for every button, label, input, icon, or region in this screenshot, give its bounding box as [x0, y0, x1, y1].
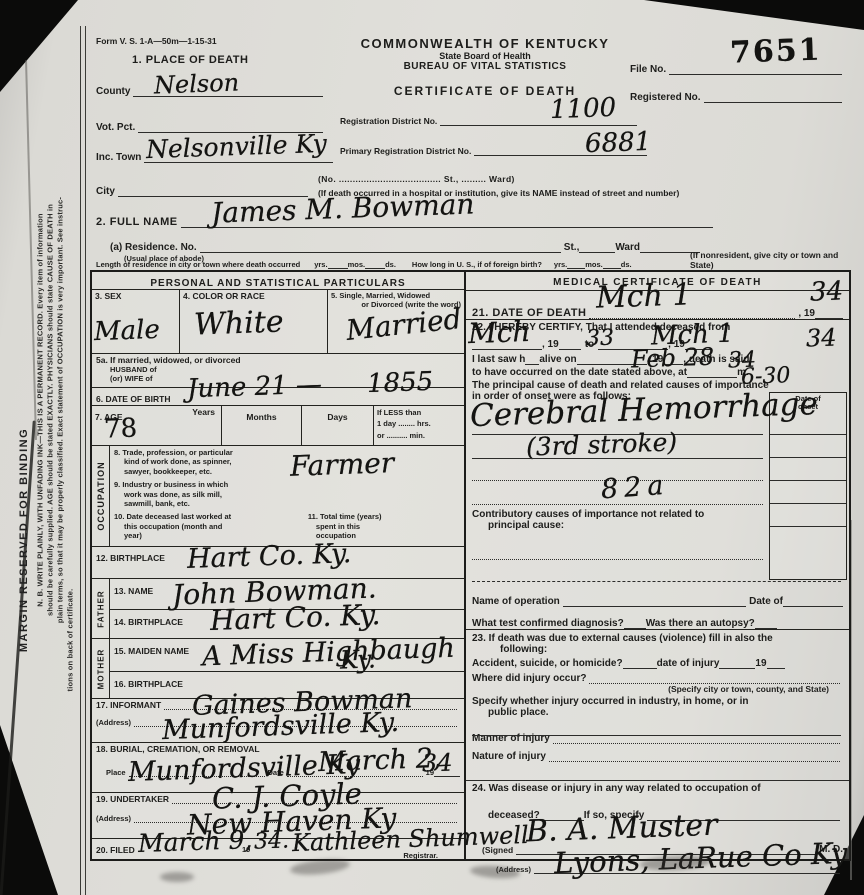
mother-vertical-label: MOTHER [96, 648, 105, 689]
mother-birthplace-label: 16. BIRTHPLACE [114, 679, 183, 689]
autopsy-label: Was there an autopsy? [646, 618, 755, 629]
mother-side-cell: MOTHER [92, 639, 110, 698]
father-name-label: 13. NAME [114, 586, 153, 596]
voting-precinct-label: Vot. Pct. [96, 122, 135, 133]
contributory-label1: Contributory causes of importance not re… [472, 509, 843, 520]
injury-date-label: date of injury [657, 658, 720, 669]
blank-line [472, 504, 763, 505]
street-label: St., [564, 242, 580, 253]
where-note: (Specify city or town, county, and State… [472, 684, 843, 694]
industry-label: 9. Industry or business in which work wa… [114, 480, 315, 508]
scan-smudge [160, 872, 194, 882]
accident-label: Accident, suicide, or homicide? [472, 658, 623, 669]
file-no-row: File No. [630, 64, 845, 75]
color-label: 4. COLOR OR RACE [183, 291, 324, 301]
external-causes-block: 23. If death was due to external causes … [466, 630, 849, 723]
blank-line [200, 248, 561, 253]
ds-label: ds. [385, 260, 396, 269]
sex-cell: 3. SEX Male [92, 290, 180, 353]
undertaker-label: 19. UNDERTAKER [96, 794, 169, 804]
last-saw-label1: I last saw h [472, 354, 525, 365]
primary-district-row: Primary Registration District No. 6881 [340, 146, 650, 156]
foreign-birth-label: How long in U. S., if of foreign birth? [412, 260, 542, 269]
date-of-death-value: Mch 1 [595, 277, 692, 315]
blank-line [472, 458, 763, 459]
file-no-label: File No. [630, 64, 666, 75]
mother-birthplace-value: Ky. [340, 644, 377, 674]
last-saw-label2: alive on [539, 354, 576, 365]
mother-name-label: 15. MAIDEN NAME [114, 646, 189, 656]
margin-note-line2: should be carefully supplied. AGE should… [46, 204, 55, 616]
industry-label-line1: 9. Industry or business in which [114, 480, 315, 489]
age-cell: 7. AGE Years 78 [92, 406, 222, 445]
test-autopsy-row: What test confirmed diagnosis? Was there… [466, 607, 849, 630]
age-less-line3: or .......... min. [377, 430, 461, 441]
injury-detail-block: Manner of injury Nature of injury [466, 733, 849, 780]
mother-name-row: 15. MAIDEN NAME A Miss Highbaugh [110, 639, 464, 672]
certify-block: 22. I HEREBY CERTIFY, That I attended de… [466, 320, 849, 396]
specify-label1: Specify whether injury occurred in indus… [472, 696, 843, 707]
mother-name-value: A Miss Highbaugh [202, 633, 456, 673]
date-of-birth-row: 6. DATE OF BIRTH June 21 — 1855 [92, 388, 464, 406]
mos-label: mos. [585, 260, 603, 269]
bureau-subtitle: BUREAU OF VITAL STATISTICS [325, 61, 645, 72]
color-cell: 4. COLOR OR RACE White [180, 290, 328, 353]
blank-line [328, 264, 348, 269]
binding-rule [80, 26, 86, 895]
operation-row: Name of operation Date of [466, 587, 849, 607]
particulars-section: PERSONAL AND STATISTICAL PARTICULARS 3. … [90, 270, 851, 861]
full-name-row: 2. FULL NAME James M. Bowman [96, 216, 716, 228]
margin-note-line1: N. B. WRITE PLAINLY, WITH UNFADING INK—T… [36, 213, 45, 606]
blank-line [559, 345, 581, 350]
inc-town-row: Inc. Town Nelsonville Ky [96, 152, 336, 163]
residence-row: (a) Residence. No. St., Ward [110, 242, 700, 253]
father-band: FATHER 13. NAME John Bowman. 14. BIRTHPL… [92, 579, 464, 639]
blank-line [603, 264, 621, 269]
age-row: 7. AGE Years 78 Months Days If LESS than… [92, 406, 464, 446]
cause-secondary-value: (3rd stroke) [526, 427, 678, 461]
blank-line [815, 314, 843, 319]
city-label: City [96, 186, 115, 197]
personal-header: PERSONAL AND STATISTICAL PARTICULARS [92, 272, 464, 290]
blank-line [719, 664, 755, 669]
color-value: White [193, 304, 284, 342]
blank-line [365, 264, 385, 269]
blank-line [767, 664, 785, 669]
cause-area: Cerebral Hemorrhage (3rd stroke) 82a [466, 396, 849, 507]
blank-line [579, 248, 615, 253]
personal-header-text: PERSONAL AND STATISTICAL PARTICULARS [150, 278, 405, 289]
last-worked-line2: this occupation (month and [114, 522, 294, 531]
header-title-block: COMMONWEALTH OF KENTUCKY State Board of … [325, 36, 645, 98]
full-name-label: 2. FULL NAME [96, 216, 178, 228]
registrar-label: Registrar. [403, 851, 438, 860]
county-row: County Nelson [96, 86, 326, 97]
occupation-band: OCCUPATION 8. Trade, profession, or part… [92, 446, 464, 547]
father-birthplace-row: 14. BIRTHPLACE Hart Co. Ky. [110, 610, 464, 632]
county-value: Nelson [154, 69, 240, 100]
date-of-death-year: 34 [809, 276, 843, 307]
blank-line [704, 98, 842, 103]
dob-label: 6. DATE OF BIRTH [96, 394, 170, 404]
filed-row: 20. FILED March 9, 19 34. Kathleen Shumw… [92, 839, 464, 859]
registered-no-row: Registered No. [630, 92, 845, 103]
ds-label: ds. [621, 260, 632, 269]
trade-label-line2: kind of work done, as spinner, [114, 457, 315, 466]
scan-corner-top-right [644, 0, 864, 34]
industry-label-line3: sawmill, bank, etc. [114, 499, 315, 508]
length-label: Length of residence in city or town wher… [96, 260, 300, 269]
injury-19-label: 19 [755, 658, 766, 669]
occupation-side-cell: OCCUPATION [92, 446, 110, 546]
blank-line [755, 624, 777, 629]
filed-19-label: 19 [242, 845, 250, 854]
place-of-death-heading: 1. PLACE OF DEATH [132, 54, 248, 66]
informant-row: 17. INFORMANT Gaines Bowman (Address) Mu… [92, 699, 464, 743]
total-time-line1: 11. Total time (years) [308, 512, 382, 521]
informant-address-label: (Address) [96, 718, 131, 727]
blank-line [472, 735, 841, 736]
age-value: 78 [103, 413, 137, 444]
filed-date-value: March 9, [138, 825, 253, 858]
trade-label: 8. Trade, profession, or particular kind… [114, 448, 315, 476]
total-time-line2: spent in this [308, 522, 382, 531]
signed-label: (Signed [482, 845, 513, 855]
state-board-subtitle: State Board of Health [325, 51, 645, 61]
city-street-note: (No. ...................................… [318, 174, 515, 184]
date-of-label: Date of [749, 596, 783, 607]
father-side-cell: FATHER [92, 579, 110, 638]
filed-label: 20. FILED [96, 845, 135, 855]
age-days-cell: Days [302, 406, 374, 445]
sex-value: Male [93, 315, 160, 347]
q24-label: 24. Was disease or injury in any way rel… [472, 783, 843, 794]
total-time-label: 11. Total time (years) spent in this occ… [308, 512, 382, 540]
age-years-header: Years [192, 407, 215, 417]
primary-district-label: Primary Registration District No. [340, 146, 471, 156]
age-months-cell: Months [222, 406, 302, 445]
dod-19-label: , 19 [798, 308, 815, 319]
trade-label-line3: sawyer, bookkeeper, etc. [114, 467, 315, 476]
blank-line [783, 602, 843, 607]
from-19-label: , 19 [542, 339, 559, 350]
age-less-line1: If LESS than [377, 407, 461, 418]
dob-year-value: 1855 [366, 367, 433, 399]
married-to-label: 5a. If married, widowed, or divorced [96, 355, 460, 365]
last-saw-date-value: Feb 28 [631, 343, 715, 374]
test-label: What test confirmed diagnosis? [472, 618, 624, 629]
blank-line [624, 624, 646, 629]
last-worked-line1: 10. Date deceased last worked at [114, 512, 294, 521]
filed-year-value: 34. [254, 828, 290, 854]
nature-row: Nature of injury [472, 751, 843, 762]
where-injury-label: Where did injury occur? [472, 673, 586, 684]
marital-label-1: 5. Single, Married, Widowed [331, 291, 461, 300]
operation-label: Name of operation [472, 596, 560, 607]
trade-label-line1: 8. Trade, profession, or particular [114, 448, 315, 457]
margin-binding-text: MARGIN RESERVED FOR BINDING [18, 428, 30, 652]
personal-column: PERSONAL AND STATISTICAL PARTICULARS 3. … [92, 272, 466, 859]
form-number: Form V. S. 1-A—50m—1-15-31 [96, 36, 217, 46]
registration-district-value: 1100 [549, 93, 616, 125]
birthplace-value: Hart Co. Ky. [187, 538, 352, 575]
time-of-death-value: 6-30 [741, 363, 791, 390]
length-of-residence-row: Length of residence in city or town wher… [96, 260, 844, 269]
ward-label: Ward [615, 242, 640, 253]
accident-row: Accident, suicide, or homicide? date of … [472, 658, 843, 669]
last-worked-line3: year) [114, 531, 294, 540]
trade-value: Farmer [289, 446, 394, 483]
primary-district-value: 6881 [584, 127, 651, 159]
last-worked-row: 10. Date deceased last worked at this oc… [114, 512, 460, 540]
blank-line [669, 70, 842, 75]
registration-district-label: Registration District No. [340, 116, 437, 126]
yrs-label: yrs. [314, 260, 327, 269]
industry-label-line2: work was done, as silk mill, [114, 490, 315, 499]
where-injury-row: Where did injury occur? [472, 673, 843, 684]
burial-place-label: Place [106, 768, 126, 777]
registration-district-row: Registration District No. 1100 [340, 116, 640, 126]
occupation-content: 8. Trade, profession, or particular kind… [110, 446, 464, 546]
sex-label: 3. SEX [95, 291, 176, 301]
dob-value: June 21 — [187, 370, 323, 405]
attended-to-year: 34 [806, 323, 838, 352]
father-content: 13. NAME John Bowman. 14. BIRTHPLACE Har… [110, 579, 464, 638]
death-certificate-scan: MARGIN RESERVED FOR BINDING N. B. WRITE … [0, 0, 864, 895]
age-less-cell: If LESS than 1 day ........ hrs. or ....… [374, 406, 464, 445]
yrs-label: yrs. [554, 260, 567, 269]
external-label1: 23. If death was due to external causes … [472, 633, 843, 644]
medical-column: MEDICAL CERTIFICATE OF DEATH 21. DATE OF… [466, 272, 849, 859]
age-days-header: Days [327, 412, 347, 422]
margin-note-line4: tions on back of certificate. [66, 589, 75, 692]
undertaker-address-label: (Address) [96, 814, 131, 823]
inc-town-label: Inc. Town [96, 152, 141, 163]
cause-flourish-value: 82a [600, 470, 670, 506]
nature-label: Nature of injury [472, 751, 546, 762]
burial-year-value: 34 [422, 748, 454, 777]
blank-line [553, 739, 840, 744]
contributory-label2: principal cause: [472, 520, 843, 531]
informant-label: 17. INFORMANT [96, 700, 161, 710]
sex-color-marital-row: 3. SEX Male 4. COLOR OR RACE White 5. Si… [92, 290, 464, 354]
contributory-block: Contributory causes of importance not re… [466, 507, 849, 587]
attended-from-year: 33 [586, 326, 615, 352]
specify-label2: public place. [472, 707, 843, 718]
father-birthplace-label: 14. BIRTHPLACE [114, 617, 183, 627]
occupation-vertical-label: OCCUPATION [96, 461, 106, 530]
commonwealth-title: COMMONWEALTH OF KENTUCKY [325, 36, 645, 51]
last-worked-label: 10. Date deceased last worked at this oc… [114, 512, 294, 540]
mos-label: mos. [348, 260, 366, 269]
external-label2: following: [472, 644, 843, 655]
blank-line [472, 559, 763, 560]
residence-label: (a) Residence. No. [110, 242, 197, 253]
blank-line [525, 360, 539, 365]
blank-line [472, 581, 841, 582]
blank-line [623, 664, 657, 669]
birthplace-label: 12. BIRTHPLACE [96, 553, 165, 563]
county-label: County [96, 86, 130, 97]
marital-cell: 5. Single, Married, Widowed or Divorced … [328, 290, 464, 353]
blank-line [549, 757, 840, 762]
father-birthplace-value: Hart Co. Ky. [209, 598, 380, 637]
blank-line [567, 264, 585, 269]
blank-line [687, 373, 737, 378]
blank-line [563, 602, 746, 607]
attended-from-value: Mch [467, 315, 531, 350]
margin-note-line3: plain terms, so that it may be properly … [56, 197, 65, 623]
age-less-line2: 1 day ........ hrs. [377, 418, 461, 429]
father-vertical-label: FATHER [96, 590, 105, 627]
age-months-header: Months [246, 412, 276, 422]
registered-no-label: Registered No. [630, 92, 701, 103]
